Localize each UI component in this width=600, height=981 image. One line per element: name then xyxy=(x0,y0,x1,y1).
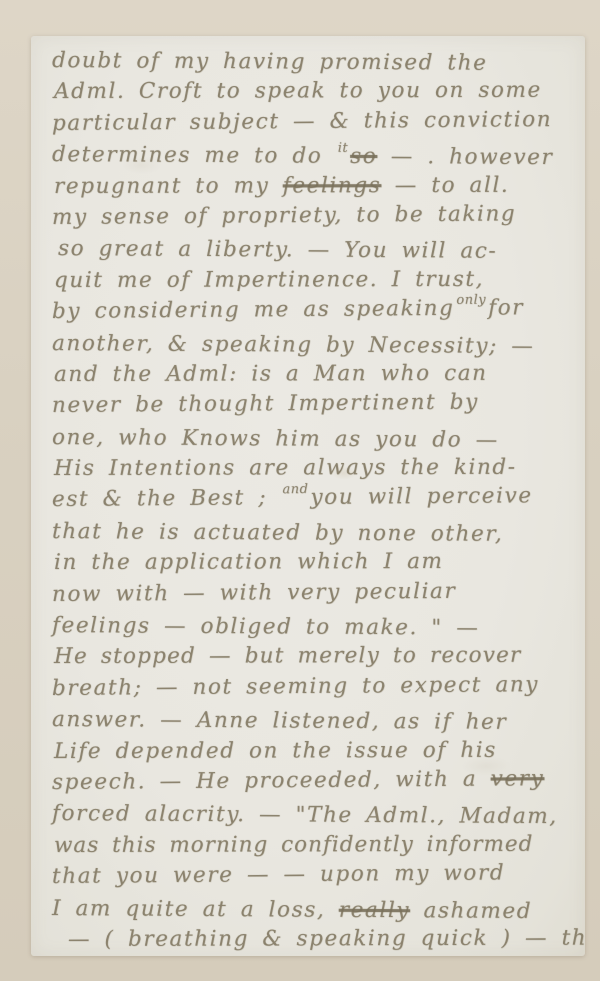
manuscript-line: speech. — He proceeded, with a very xyxy=(52,763,585,799)
word-segment: my sense of propriety, to be taking xyxy=(52,201,516,230)
word-segment: doubt of my having promised the xyxy=(52,48,488,76)
word-segment: and the Adml: is a Man who can xyxy=(54,361,488,387)
manuscript-line: never be thought Impertinent by xyxy=(52,386,585,422)
manuscript-line: particular subject — & this conviction xyxy=(52,104,585,140)
manuscript-line: He stopped — but merely to recover xyxy=(54,640,585,673)
word-segment: breath; — not seeming to expect any xyxy=(52,672,539,701)
manuscript-line: that you were — — upon my word xyxy=(52,857,585,893)
manuscript-photo: doubt of my having promised theAdml. Cro… xyxy=(0,0,600,981)
word-segment: — ( breathing & speaking quick ) — the xyxy=(68,925,585,951)
manuscript-line: determines me to do itso — . however xyxy=(52,139,585,174)
inserted-word: it xyxy=(338,141,348,156)
word-segment: answer. — Anne listened, as if her xyxy=(52,707,507,735)
word-segment: particular subject — & this conviction xyxy=(52,107,552,136)
struck-word: very xyxy=(491,766,545,791)
word-segment: His Intentions are always the kind- xyxy=(54,455,517,481)
manuscript-line: now with — with very peculiar xyxy=(52,574,585,610)
manuscript-line: in the application which I am xyxy=(54,546,585,579)
word-segment: in the application which I am xyxy=(54,549,444,575)
word-segment: He stopped — but merely to recover xyxy=(54,643,522,669)
manuscript-paper: doubt of my having promised theAdml. Cro… xyxy=(31,36,585,956)
word-segment: speech. — He proceeded, with a xyxy=(52,767,491,795)
manuscript-line: was this morning confidently informed xyxy=(54,828,585,861)
word-segment: another, & speaking by Necessity; — xyxy=(52,331,535,359)
word-segment: for xyxy=(488,295,524,320)
manuscript-line: Life depended on the issue of his xyxy=(54,734,585,767)
manuscript-line: breath; — not seeming to expect any xyxy=(52,669,585,705)
word-segment: that you were — — upon my word xyxy=(52,861,505,890)
manuscript-line: my sense of propriety, to be taking xyxy=(52,198,585,234)
word-segment: now with — with very peculiar xyxy=(52,578,457,606)
manuscript-lines: doubt of my having promised theAdml. Cro… xyxy=(52,45,585,955)
inserted-word: only xyxy=(456,293,486,308)
manuscript-line: repugnant to my feelings — to all. xyxy=(54,169,585,202)
word-segment: Adml. Croft to speak to you on some xyxy=(54,78,542,104)
struck-word: really xyxy=(339,897,410,922)
manuscript-line: by considering me as speakingonlyfor xyxy=(52,292,585,328)
word-segment: — to all. xyxy=(381,172,509,197)
manuscript-line: — ( breathing & speaking quick ) — the xyxy=(54,923,585,956)
word-segment: Life depended on the issue of his xyxy=(54,737,497,763)
word-segment: feelings — obliged to make. " — xyxy=(52,613,480,641)
inserted-word: and xyxy=(282,482,308,497)
struck-word: feelings xyxy=(283,173,382,198)
word-segment: repugnant to my xyxy=(54,173,283,199)
word-segment: never be thought Impertinent by xyxy=(52,390,479,418)
word-segment: determines me to do xyxy=(52,142,336,169)
manuscript-line: quit me of Impertinence. I trust, xyxy=(54,263,585,296)
word-segment: quit me of Impertinence. I trust, xyxy=(54,267,484,293)
word-segment: est & the Best ; xyxy=(52,486,281,513)
word-segment: that he is actuated by none other, xyxy=(52,519,503,547)
word-segment: one, who Knows him as you do — xyxy=(52,425,499,453)
manuscript-line: so great a liberty. — You will ac- xyxy=(52,233,585,268)
word-segment: so great a liberty. — You will ac- xyxy=(58,236,497,264)
word-segment: ashamed xyxy=(410,898,532,924)
manuscript-line: and the Adml: is a Man who can xyxy=(54,358,585,391)
word-segment: by considering me as speaking xyxy=(52,296,455,324)
manuscript-line: Adml. Croft to speak to you on some xyxy=(54,75,585,108)
struck-word: so xyxy=(350,144,377,169)
word-segment: was this morning confidently informed xyxy=(54,832,533,858)
manuscript-line: answer. — Anne listened, as if her xyxy=(52,704,585,739)
word-segment: forced alacrity. — "The Adml., Madam, xyxy=(52,801,558,829)
word-segment: — . however xyxy=(377,144,553,170)
word-segment: I am quite at a loss, xyxy=(52,896,339,923)
word-segment: you will perceive xyxy=(310,484,532,511)
manuscript-line: est & the Best ; andyou will perceive xyxy=(52,480,585,516)
